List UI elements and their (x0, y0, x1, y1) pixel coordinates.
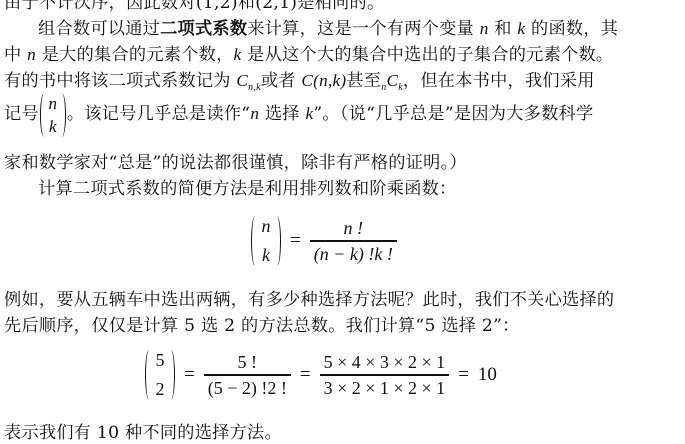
text: 的函数，其 (525, 19, 618, 39)
math-var-n: n (480, 19, 489, 38)
fraction: n ! (n − k) !k ! (310, 217, 397, 264)
equals-sign: = (458, 364, 469, 386)
binomial-formula: n k = n ! (n − k) !k ! (251, 216, 397, 266)
paragraph1-line5: 家和数学家对“总是”的说法都很谨慎，除非有严格的证明。） (4, 148, 467, 173)
equals-sign: = (300, 364, 311, 386)
cut-off-line: 由于不计次序，因此数对(1,2)和(2,1)是相同的。 (4, 0, 384, 13)
math-var-n: n (250, 104, 259, 123)
paragraph3-line2: 先后顺序，仅仅是计算 5 选 2 的方法总数。我们计算“5 选择 2”： (4, 311, 520, 336)
text: ”。（说“几乎总是”是因为大多数科学 (313, 104, 593, 124)
text: 或者 (261, 71, 302, 91)
fraction-expanded: 5 × 4 × 3 × 2 × 1 3 × 2 × 1 × 2 × 1 (320, 351, 450, 398)
fraction-bar (310, 240, 397, 241)
right-paren (273, 216, 281, 266)
fraction-bar (320, 374, 450, 375)
paragraph1-line1: 组合数可以通过二项式系数来计算，这是一个有两个变量 n 和 k 的函数，其 (38, 14, 618, 39)
bold-term-binomial-coefficient: 二项式系数 (160, 19, 247, 39)
paragraph2: 计算二项式系数的简便方法是利用排列数和阶乘函数： (38, 174, 457, 199)
denominator: (n − k) !k ! (310, 243, 397, 265)
numerator: 5 × 4 × 3 × 2 × 1 (320, 351, 450, 373)
text: 选择 (259, 104, 305, 124)
example-formula: 5 2 = 5 ! (5 − 2) !2 ! = 5 × 4 × 3 × 2 ×… (145, 350, 497, 400)
binomial-n-k: n k (251, 216, 281, 266)
binomial-notation-inline: nk (40, 93, 66, 137)
text: 是从这个大的集合中选出的子集合的元素个数。 (241, 45, 613, 65)
right-paren (167, 350, 175, 400)
math-C: C (387, 71, 399, 90)
math-C: C (236, 71, 248, 90)
denominator: (5 − 2) !2 ! (204, 377, 291, 399)
paragraph3-line1: 例如，要从五辆车中选出两辆，有多少种选择方法呢？此时，我们不关心选择的 (4, 285, 614, 310)
fraction-factorial: 5 ! (5 − 2) !2 ! (204, 351, 291, 398)
text: 有的书中将该二项式系数记为 (4, 71, 236, 91)
text: 甚至 (346, 71, 381, 91)
math-var-n: n (27, 45, 36, 64)
text: 。该记号几乎总是读作“ (67, 104, 250, 124)
text: 中 (4, 45, 27, 65)
text: 是大的集合的元素个数， (36, 45, 234, 65)
text: 来计算，这是一个有两个变量 (247, 19, 479, 39)
result-value: 10 (478, 364, 497, 386)
math-C-n-k: C(n,k) (301, 71, 346, 90)
paragraph1-line3: 有的书中将该二项式系数记为 Cn,k或者 C(n,k)甚至nCk，但在本书中，我… (4, 66, 595, 93)
equals-sign: = (184, 364, 195, 386)
denominator: 3 × 2 × 1 × 2 × 1 (320, 377, 450, 399)
paragraph1-line2: 中 n 是大的集合的元素个数，k 是从这个大的集合中选出的子集合的元素个数。 (4, 40, 613, 65)
text: ，但在本书中，我们采用 (403, 71, 595, 91)
numerator: n ! (340, 217, 368, 239)
text: 和 (489, 19, 518, 39)
text: 组合数可以通过 (38, 19, 160, 39)
numerator: 5 ! (234, 351, 262, 373)
right-paren (58, 93, 66, 137)
text: 记号 (4, 104, 39, 124)
conclusion: 表示我们有 10 种不同的选择方法。 (4, 418, 282, 443)
paragraph1-line4: 记号nk。该记号几乎总是读作“n 选择 k”。（说“几乎总是”是因为大多数科学 (4, 92, 593, 137)
fraction-bar (204, 374, 291, 375)
binomial-5-2: 5 2 (145, 350, 175, 400)
equals-sign: = (290, 230, 301, 252)
